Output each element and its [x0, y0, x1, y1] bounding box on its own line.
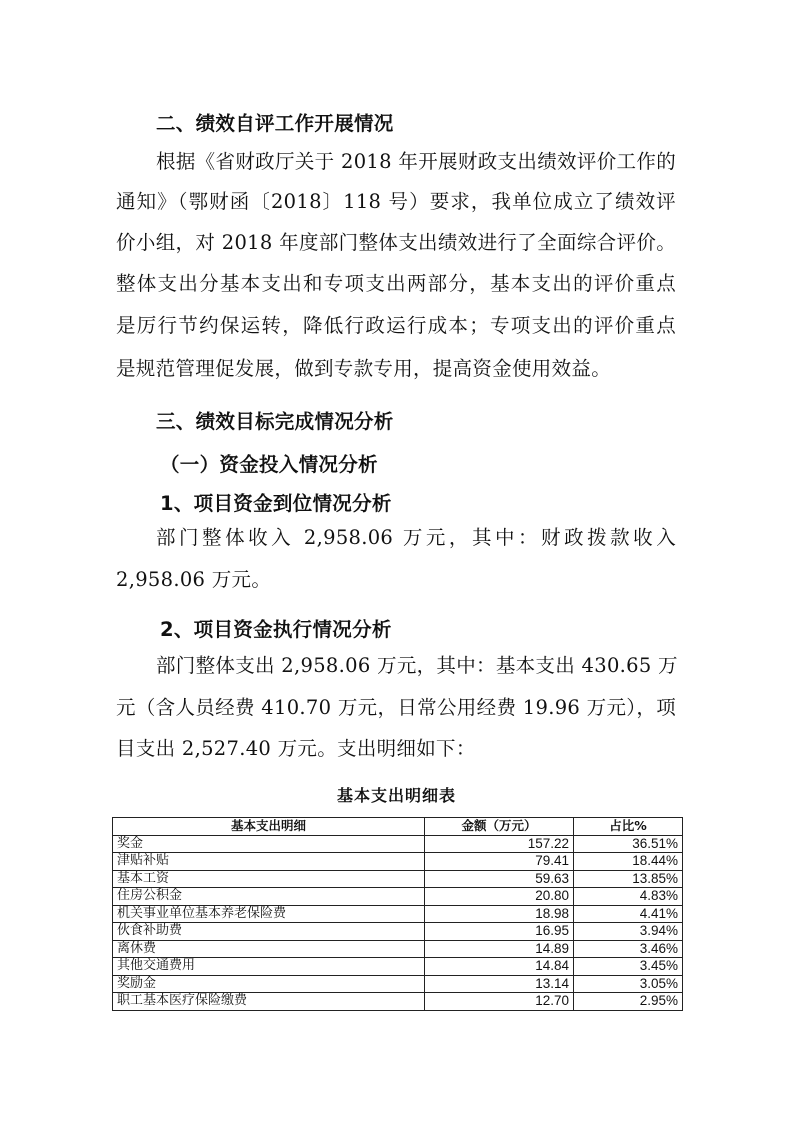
table-row: 离休费 14.89 3.46% — [113, 940, 683, 958]
row-item-name: 奖金 — [113, 835, 425, 853]
paragraph-line: 部门整体支出 2,958.06 万元，其中：基本支出 430.65 万 — [156, 654, 676, 678]
paragraph-line: 元（含人员经费 410.70 万元，日常公用经费 19.96 万元），项 — [116, 696, 676, 720]
table-row: 奖励金 13.14 3.05% — [113, 975, 683, 993]
row-percent: 3.94% — [574, 923, 683, 941]
row-amount: 14.84 — [425, 958, 574, 976]
row-item-name: 离休费 — [113, 940, 425, 958]
paragraph-line: 根据《省财政厅关于 2018 年开展财政支出绩效评价工作的 — [156, 150, 676, 174]
row-percent: 3.45% — [574, 958, 683, 976]
paragraph-line: 价小组，对 2018 年度部门整体支出绩效进行了全面综合评价。 — [116, 231, 676, 255]
table-row: 津贴补贴 79.41 18.44% — [113, 853, 683, 871]
row-percent: 3.46% — [574, 940, 683, 958]
row-amount: 13.14 — [425, 975, 574, 993]
item-1-heading: 1、项目资金到位情况分析 — [160, 492, 720, 516]
table-title: 基本支出明细表 — [0, 785, 793, 807]
row-amount: 18.98 — [425, 905, 574, 923]
row-amount: 16.95 — [425, 923, 574, 941]
table-row: 奖金 157.22 36.51% — [113, 835, 683, 853]
row-percent: 18.44% — [574, 853, 683, 871]
row-item-name: 住房公积金 — [113, 888, 425, 906]
row-percent: 4.83% — [574, 888, 683, 906]
row-amount: 14.89 — [425, 940, 574, 958]
paragraph-line: 是规范管理促发展，做到专款专用，提高资金使用效益。 — [116, 357, 676, 381]
row-percent: 13.85% — [574, 870, 683, 888]
item-2-heading: 2、项目资金执行情况分析 — [160, 618, 720, 642]
paragraph-line: 2,958.06 万元。 — [116, 568, 676, 592]
row-item-name: 职工基本医疗保险缴费 — [113, 993, 425, 1011]
subsection-1-heading: （一）资金投入情况分析 — [160, 453, 720, 477]
row-percent: 36.51% — [574, 835, 683, 853]
column-header-amount: 金额（万元） — [425, 818, 574, 836]
table-row: 住房公积金 20.80 4.83% — [113, 888, 683, 906]
row-percent: 2.95% — [574, 993, 683, 1011]
paragraph-line: 部门整体收入 2,958.06 万元，其中：财政拨款收入 — [156, 526, 676, 550]
row-item-name: 机关事业单位基本养老保险费 — [113, 905, 425, 923]
row-item-name: 伙食补助费 — [113, 923, 425, 941]
row-percent: 3.05% — [574, 975, 683, 993]
row-amount: 79.41 — [425, 853, 574, 871]
paragraph-line: 是厉行节约保运转，降低行政运行成本；专项支出的评价重点 — [116, 314, 676, 338]
table-row: 基本工资 59.63 13.85% — [113, 870, 683, 888]
column-header-percent: 占比% — [574, 818, 683, 836]
paragraph-line: 目支出 2,527.40 万元。支出明细如下： — [116, 737, 676, 761]
table-row: 职工基本医疗保险缴费 12.70 2.95% — [113, 993, 683, 1011]
paragraph-line: 整体支出分基本支出和专项支出两部分，基本支出的评价重点 — [116, 272, 676, 296]
row-percent: 4.41% — [574, 905, 683, 923]
row-amount: 157.22 — [425, 835, 574, 853]
row-amount: 12.70 — [425, 993, 574, 1011]
row-item-name: 其他交通费用 — [113, 958, 425, 976]
basic-expenditure-table: 基本支出明细 金额（万元） 占比% 奖金 157.22 36.51% 津贴补贴 … — [112, 817, 683, 1011]
column-header-item: 基本支出明细 — [113, 818, 425, 836]
row-amount: 59.63 — [425, 870, 574, 888]
row-item-name: 奖励金 — [113, 975, 425, 993]
row-amount: 20.80 — [425, 888, 574, 906]
paragraph-line: 通知》（鄂财函〔2018〕118 号）要求，我单位成立了绩效评 — [116, 190, 676, 214]
table-header-row: 基本支出明细 金额（万元） 占比% — [113, 818, 683, 836]
table-row: 机关事业单位基本养老保险费 18.98 4.41% — [113, 905, 683, 923]
row-item-name: 津贴补贴 — [113, 853, 425, 871]
section-3-heading: 三、绩效目标完成情况分析 — [156, 410, 716, 434]
table-row: 伙食补助费 16.95 3.94% — [113, 923, 683, 941]
table-row: 其他交通费用 14.84 3.45% — [113, 958, 683, 976]
section-2-heading: 二、绩效自评工作开展情况 — [156, 112, 716, 136]
row-item-name: 基本工资 — [113, 870, 425, 888]
